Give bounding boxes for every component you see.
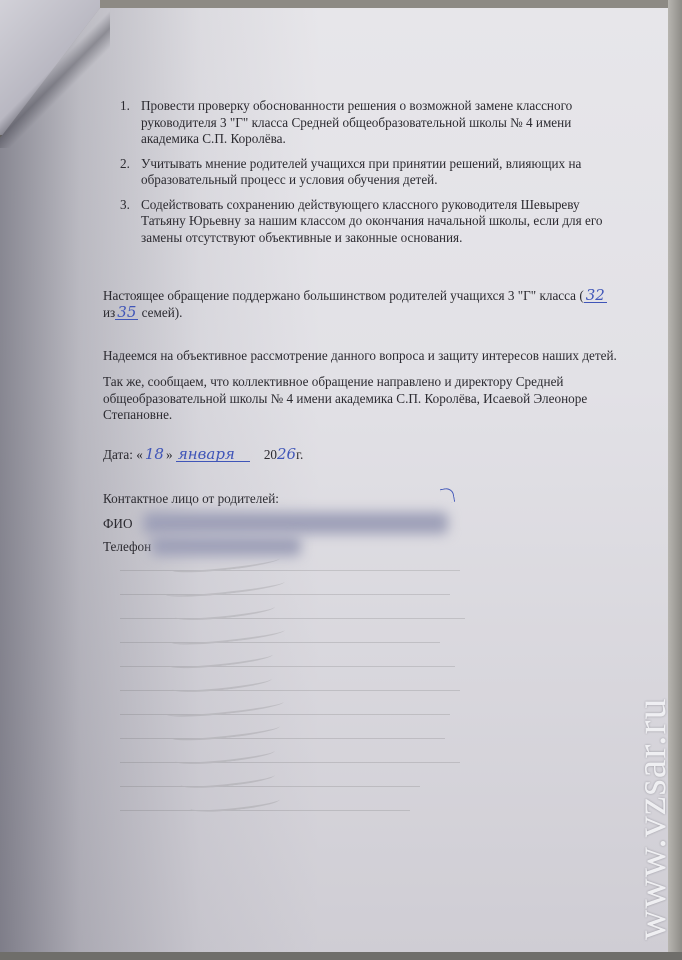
- request-item: 2. Учитывать мнение родителей учащихся п…: [103, 156, 623, 189]
- request-text: Учитывать мнение родителей учащихся при …: [141, 156, 581, 188]
- date-label: Дата: «: [103, 447, 143, 462]
- request-number: 2.: [120, 156, 130, 173]
- document-body: 1. Провести проверку обоснованности реше…: [103, 98, 623, 254]
- redacted-fio: [143, 512, 448, 534]
- handwritten-mark: [440, 487, 455, 504]
- support-paragraph: Настоящее обращение поддержано большинст…: [103, 288, 623, 321]
- also-paragraph: Так же, сообщаем, что коллективное обращ…: [103, 374, 623, 424]
- request-number: 3.: [120, 197, 130, 214]
- request-text: Содействовать сохранению действующего кл…: [141, 197, 603, 245]
- date-close-quote: »: [166, 447, 173, 462]
- handwritten-month: января: [176, 447, 250, 462]
- year-prefix: 20: [264, 447, 277, 462]
- request-number: 1.: [120, 98, 130, 115]
- contact-label: Контактное лицо от родителей:: [103, 491, 279, 508]
- support-text-after: семей).: [138, 305, 182, 320]
- request-text: Провести проверку обоснованности решения…: [141, 98, 572, 146]
- handwritten-year: 26: [277, 447, 296, 461]
- handwritten-day: 18: [143, 447, 166, 461]
- support-text-middle: из: [103, 305, 115, 320]
- support-text-before: Настоящее обращение поддержано большинст…: [103, 288, 584, 303]
- hope-paragraph: Надеемся на объективное рассмотрение дан…: [103, 348, 623, 365]
- year-suffix: г.: [296, 447, 303, 462]
- table-edge-bottom: [0, 952, 682, 960]
- redacted-phone: [151, 536, 301, 556]
- site-watermark: www.vzsar.ru: [628, 697, 676, 940]
- handwritten-total-count: 35: [115, 305, 138, 320]
- handwritten-supporters-count: 32: [584, 288, 607, 303]
- document-page: 1. Провести проверку обоснованности реше…: [0, 8, 668, 953]
- request-item: 1. Провести проверку обоснованности реше…: [103, 98, 623, 148]
- fio-label: ФИО: [103, 516, 132, 531]
- request-item: 3. Содействовать сохранению действующего…: [103, 197, 623, 247]
- request-list: 1. Провести проверку обоснованности реше…: [103, 98, 623, 246]
- phone-label: Телефон: [103, 539, 151, 554]
- date-line: Дата: «18» января2026г.: [103, 447, 403, 464]
